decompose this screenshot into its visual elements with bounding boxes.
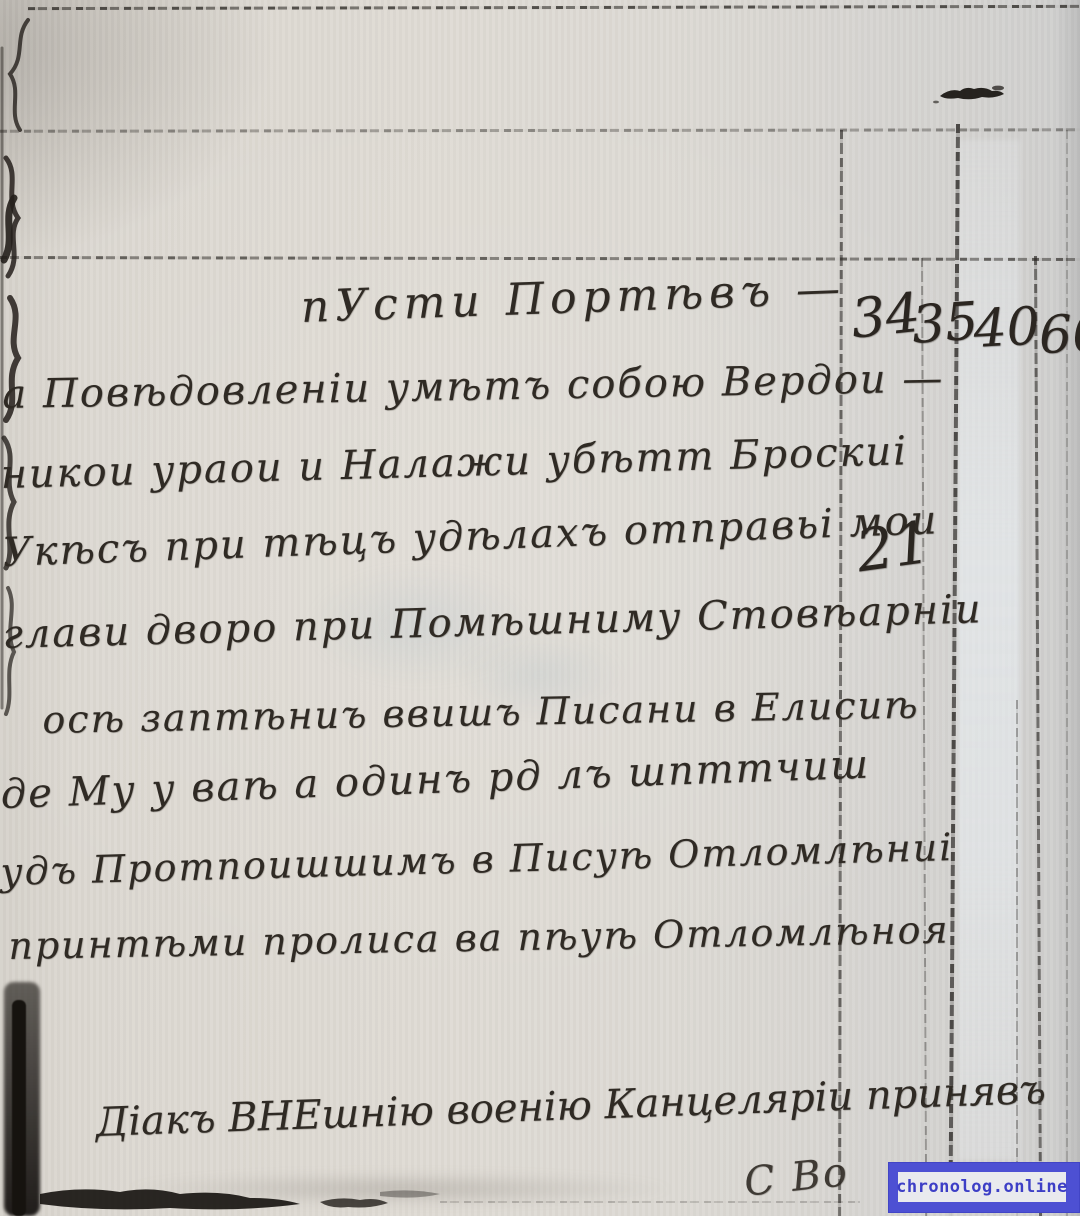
manuscript-page: пУсти Портѣвъ — а Повѣдовленiи умѣтъ соб… xyxy=(0,0,1080,1216)
watermark-badge: chronolog.online xyxy=(888,1162,1080,1213)
handwritten-line: осѣ заптѣниъ ввишъ Писани в Елисиѣ xyxy=(42,683,920,742)
horizontal-ruled-line xyxy=(0,256,1080,261)
handwritten-line: а Повѣдовленiи умѣтъ собою Вердои — xyxy=(2,356,945,418)
watermark-label: chronolog.online xyxy=(898,1172,1066,1202)
horizontal-ruled-line xyxy=(0,128,1080,133)
handwritten-line: удъ Протпоишшимъ в Писуѣ Отломлѣниi xyxy=(0,825,954,894)
handwritten-heading: пУсти Портѣвъ — xyxy=(300,263,847,333)
handwritten-line: принтѣми пролиса ва пѣуѣ Отломлѣноя xyxy=(8,908,950,968)
handwritten-fragment: С Во xyxy=(742,1149,851,1206)
handwritten-line: никои ураои и Налажи убѣтт Броскиi xyxy=(0,428,909,498)
handwritten-closing-line: Дiакъ ВНЕшнiю военiю Канцелярiи принявъ xyxy=(95,1067,1046,1146)
ink-blot xyxy=(932,80,1010,106)
handwritten-line: де Му у ваѣ а одинъ рд лъ шпттчиш xyxy=(0,742,871,818)
margin-entry-value: 21 xyxy=(852,508,935,586)
margin-column-value: 40 xyxy=(972,297,1041,360)
bottom-ink-blots xyxy=(20,1178,540,1216)
top-ruled-line xyxy=(28,5,1080,10)
watermark-text: chronolog.online xyxy=(896,1177,1068,1197)
column-line xyxy=(1066,130,1068,1216)
margin-column-value: 35 xyxy=(910,291,980,355)
margin-column-value: 60 xyxy=(1038,304,1080,366)
column-line xyxy=(1016,700,1018,1216)
column-line xyxy=(948,124,960,1216)
